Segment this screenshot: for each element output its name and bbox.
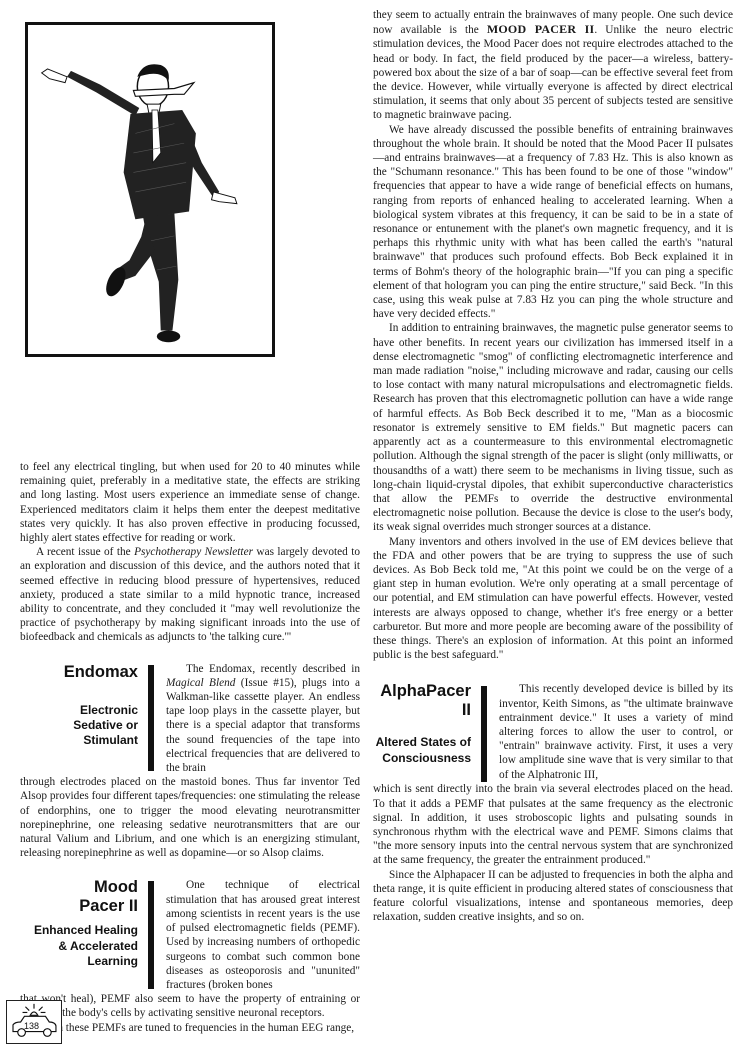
text-run: . Unlike the neuro electric stimulation … bbox=[373, 24, 733, 121]
alphapacer-section: AlphaPacer II Altered States of Consciou… bbox=[373, 682, 733, 782]
section-subtitle: Electronic Sedative or Stimulant bbox=[20, 703, 138, 749]
subtitle-line: Sedative or bbox=[20, 718, 138, 733]
vertical-rule bbox=[481, 686, 487, 782]
title-line: Mood bbox=[20, 878, 138, 897]
section-title: Endomax bbox=[20, 663, 138, 682]
alphapacer-sidebar-heading: AlphaPacer II Altered States of Consciou… bbox=[373, 682, 481, 766]
subtitle-line: Consciousness bbox=[373, 751, 471, 766]
body-paragraph: When these PEMFs are tuned to frequencie… bbox=[20, 1021, 360, 1035]
intro-paragraph: This recently developed device is billed… bbox=[499, 682, 733, 781]
section-title: Mood Pacer II bbox=[20, 878, 138, 916]
mood-pacer-continuation: that won't heal), PEMF also seem to have… bbox=[20, 992, 360, 1020]
text-run: was largely devoted to an exploration an… bbox=[20, 546, 360, 643]
newsletter-paragraph: A recent issue of the Psychotherapy News… bbox=[20, 545, 360, 644]
subtitle-line: Altered States of bbox=[373, 735, 471, 750]
right-column: they seem to actually entrain the brainw… bbox=[373, 8, 733, 924]
page-number-badge: 138 bbox=[6, 1000, 62, 1044]
endomax-section: Endomax Electronic Sedative or Stimulant… bbox=[20, 662, 360, 776]
left-column: to feel any electrical tingling, but whe… bbox=[20, 460, 360, 1035]
title-line: AlphaPacer bbox=[373, 682, 471, 701]
title-line: Pacer II bbox=[20, 897, 138, 916]
title-line: II bbox=[373, 701, 471, 720]
publication-title: Psychotherapy Newsletter bbox=[134, 546, 253, 558]
mood-pacer-sidebar-heading: Mood Pacer II Enhanced Healing & Acceler… bbox=[20, 878, 148, 969]
text-run: (Issue #15), plugs into a Walkman-like c… bbox=[166, 677, 360, 774]
section-intro: The Endomax, recently described in Magic… bbox=[166, 662, 360, 776]
section-title: AlphaPacer II bbox=[373, 682, 471, 720]
endomax-sidebar-heading: Endomax Electronic Sedative or Stimulant bbox=[20, 662, 148, 749]
endomax-continuation: through electrodes placed on the mastoid… bbox=[20, 775, 360, 860]
subtitle-line: Learning bbox=[20, 954, 138, 969]
alphapacer-continuation: which is sent directly into the brain vi… bbox=[373, 782, 733, 867]
subtitle-line: & Accelerated bbox=[20, 939, 138, 954]
body-paragraph: We have already discussed the possible b… bbox=[373, 123, 733, 322]
vertical-rule bbox=[148, 665, 154, 771]
body-paragraph: In addition to entraining brainwaves, th… bbox=[373, 321, 733, 534]
page-number: 138 bbox=[24, 1021, 39, 1031]
mood-pacer-section: Mood Pacer II Enhanced Healing & Acceler… bbox=[20, 878, 360, 992]
intro-paragraph: The Endomax, recently described in Magic… bbox=[166, 662, 360, 776]
body-paragraph: Since the Alphapacer II can be adjusted … bbox=[373, 868, 733, 925]
section-intro: This recently developed device is billed… bbox=[499, 682, 733, 781]
product-name: MOOD PACER II bbox=[487, 22, 595, 36]
book-page: to feel any electrical tingling, but whe… bbox=[0, 0, 750, 1050]
blindfolded-man-illustration bbox=[25, 22, 275, 357]
subtitle-line: Electronic bbox=[20, 703, 138, 718]
section-subtitle: Altered States of Consciousness bbox=[373, 735, 471, 766]
section-intro: One technique of electrical stimulation … bbox=[166, 878, 360, 992]
subtitle-line: Enhanced Healing bbox=[20, 923, 138, 938]
subtitle-line: Stimulant bbox=[20, 733, 138, 748]
intro-paragraph: One technique of electrical stimulation … bbox=[166, 878, 360, 992]
body-paragraph: to feel any electrical tingling, but whe… bbox=[20, 460, 360, 545]
publication-title: Magical Blend bbox=[166, 677, 235, 689]
text-run: A recent issue of the bbox=[36, 546, 134, 558]
text-run: The Endomax, recently described in bbox=[186, 663, 360, 675]
body-paragraph: Many inventors and others involved in th… bbox=[373, 535, 733, 663]
body-paragraph: they seem to actually entrain the brainw… bbox=[373, 8, 733, 123]
dancing-man-icon bbox=[28, 25, 272, 354]
section-subtitle: Enhanced Healing & Accelerated Learning bbox=[20, 923, 138, 969]
vertical-rule bbox=[148, 881, 154, 989]
